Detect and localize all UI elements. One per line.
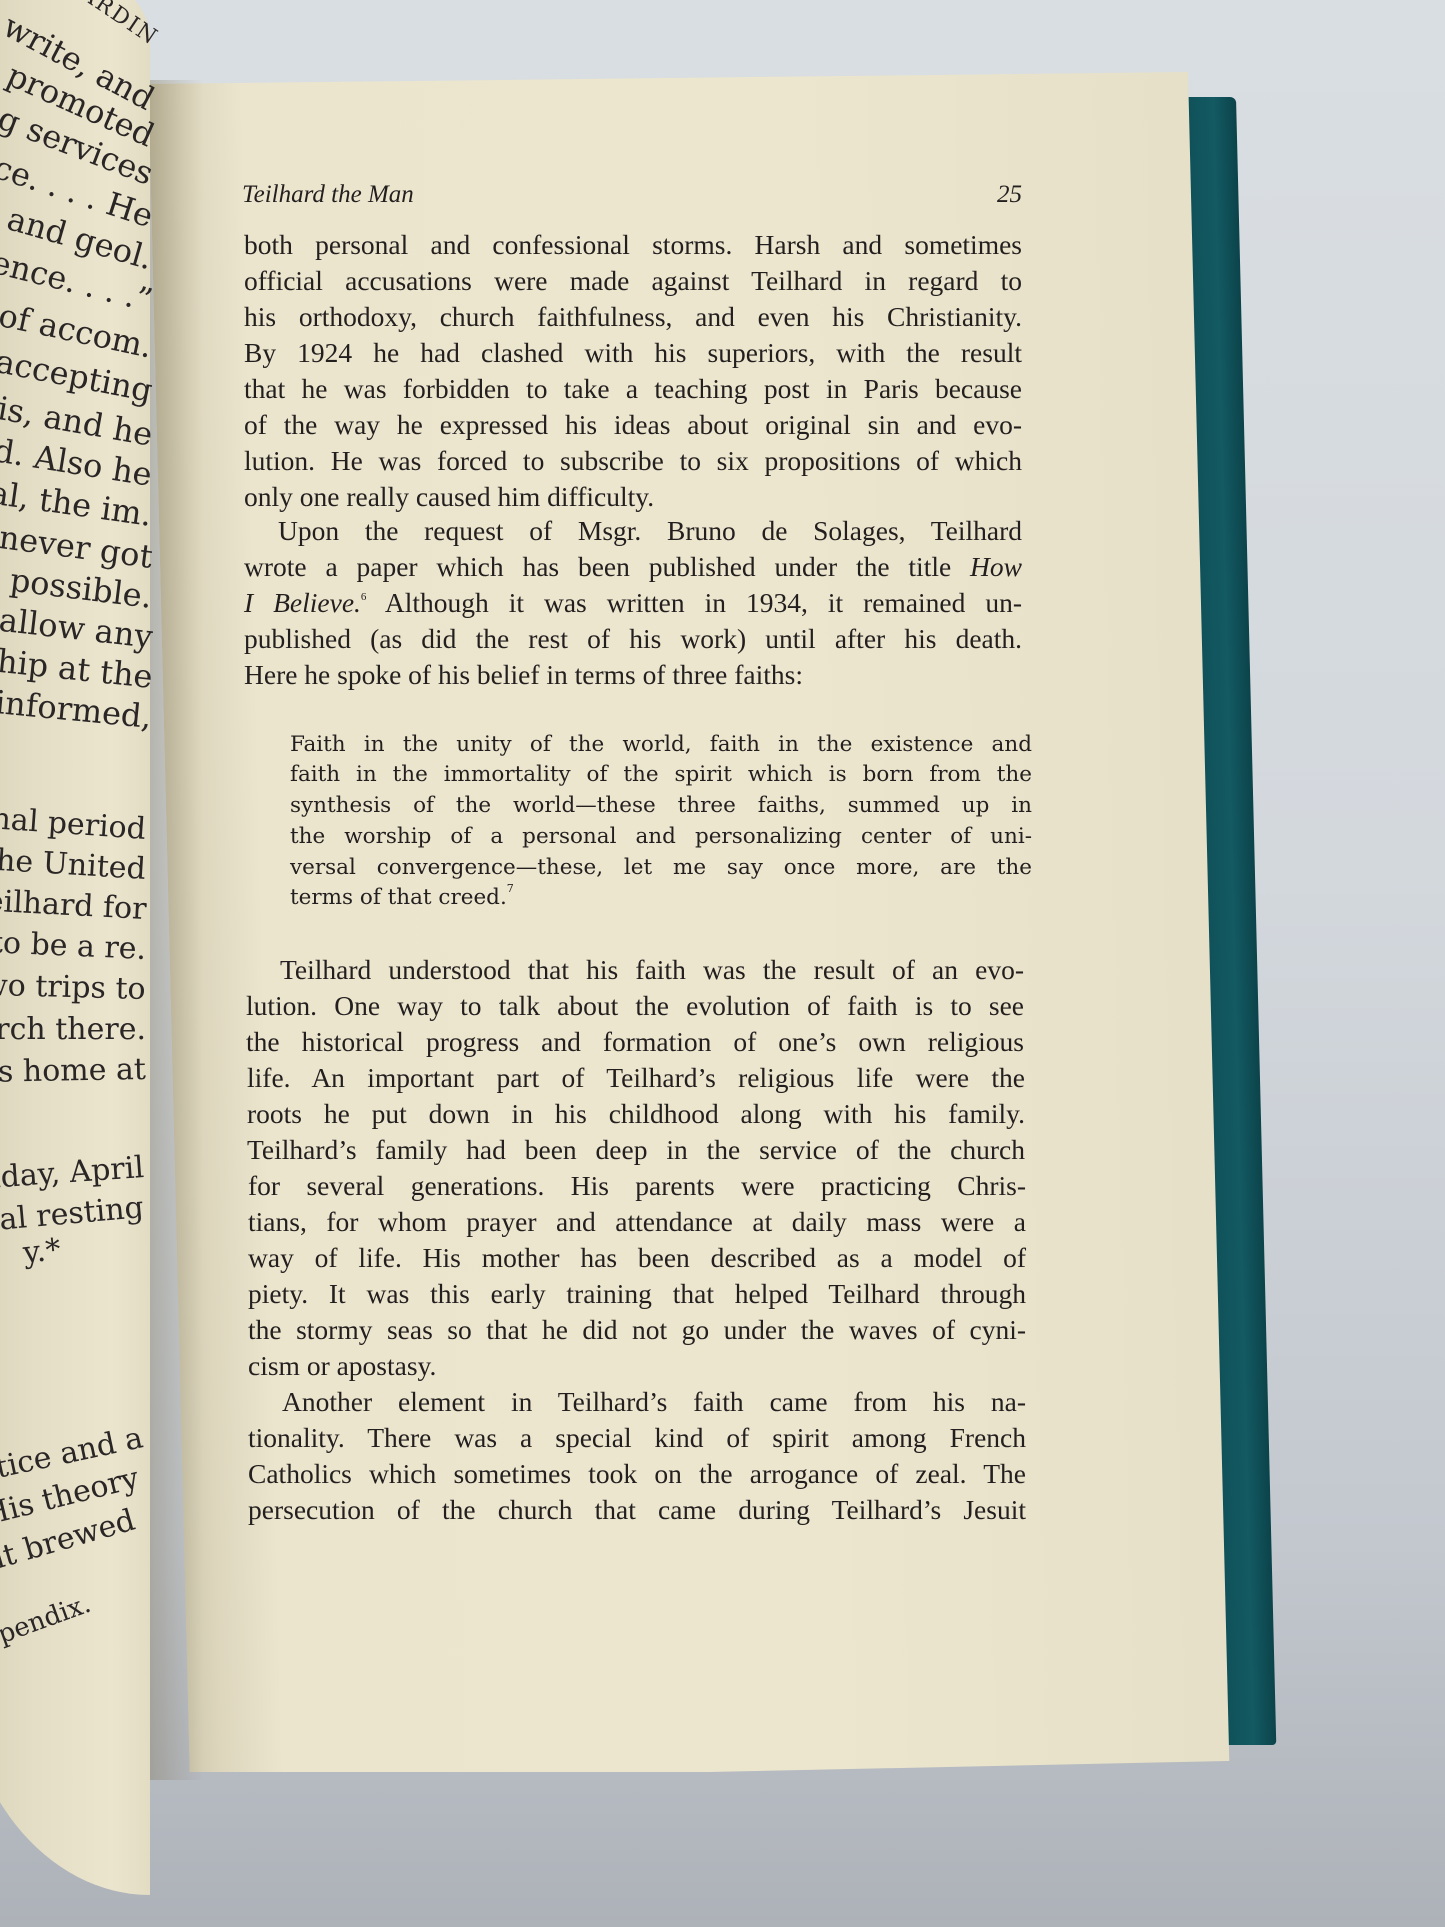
quote-line: Faith in the unity of the world, faith i… [290,730,1032,760]
text-line: wrote a paper which has been published u… [244,550,1022,584]
right-page-text: Teilhard the Man 25 both personal and co… [0,0,1445,1927]
text-line: his orthodoxy, church faithfulness, and … [244,300,1022,334]
text-line: of the way he expressed his ideas about … [244,408,1022,442]
text-line: the stormy seas so that he did not go un… [248,1313,1026,1347]
text-line: that he was forbidden to take a teaching… [244,372,1022,406]
text-line: persecution of the church that came duri… [248,1493,1026,1527]
book-title: How [970,551,1022,582]
text-line: By 1924 he had clashed with his superior… [244,336,1022,370]
text-line: lution. One way to talk about the evolut… [246,989,1024,1023]
text-line: cism or apostasy. [248,1349,1026,1383]
text-line: published (as did the rest of his work) … [244,622,1022,656]
text-line: piety. It was this early training that h… [248,1277,1026,1311]
text-line: Upon the request of Msgr. Bruno de Solag… [244,514,1022,548]
quote-line: faith in the immortality of the spirit w… [290,760,1032,790]
quote-line: the worship of a personal and personaliz… [290,822,1032,852]
quote-line: synthesis of the world—these three faith… [290,791,1032,821]
book-title: I Believe. [244,587,361,618]
text-line: tionality. There was a special kind of s… [248,1421,1026,1455]
text-line: Catholics which sometimes took on the ar… [248,1457,1026,1491]
text-line: lution. He was forced to subscribe to si… [244,444,1022,478]
quote-line: terms of that creed.7 [290,883,1032,913]
text-line: for several generations. His parents wer… [248,1169,1026,1203]
text-line: both personal and confessional storms. H… [244,228,1022,262]
page-number: 25 [997,180,1022,210]
text-line: life. An important part of Teilhard’s re… [247,1061,1025,1095]
text-line: Another element in Teilhard’s faith came… [248,1385,1026,1419]
text-line: roots he put down in his childhood along… [247,1097,1025,1131]
running-head: Teilhard the Man 25 [242,180,1022,210]
quote-line: versal convergence—these, let me say onc… [290,853,1032,883]
text-line: only one really caused him difficulty. [244,480,1022,514]
text-line: way of life. His mother has been describ… [248,1241,1026,1275]
text-line: tians, for whom prayer and attendance at… [248,1205,1026,1239]
text-line: I Believe.6 Although it was written in 1… [244,586,1022,620]
chapter-title: Teilhard the Man [242,181,414,208]
text-line: Teilhard’s family had been deep in the s… [247,1133,1025,1167]
text-line: Here he spoke of his belief in terms of … [244,658,1022,692]
text-line: Teilhard understood that his faith was t… [246,953,1024,987]
footnote-ref[interactable]: 7 [507,882,514,895]
text-line: official accusations were made against T… [244,264,1022,298]
text-line: the historical progress and formation of… [246,1025,1024,1059]
